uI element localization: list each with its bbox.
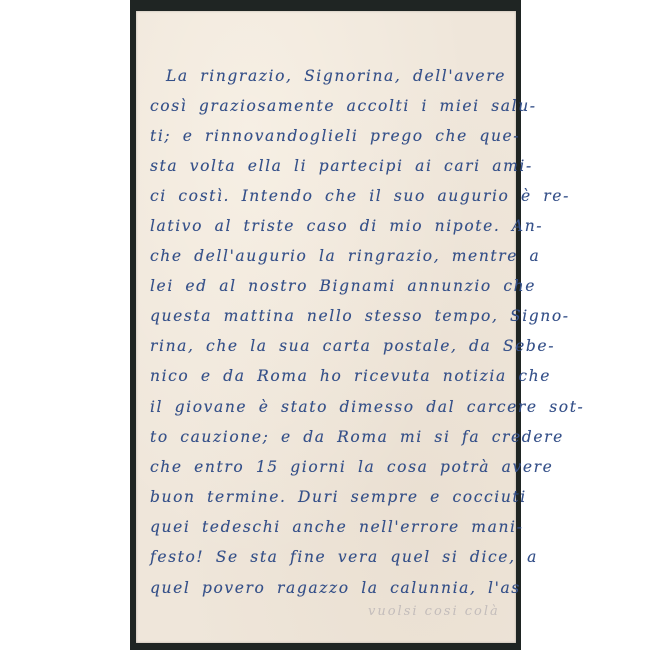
letter-line: lativo al triste caso di mio nipote. An-: [150, 216, 510, 236]
letter-line: che entro 15 giorni la cosa potrà avere: [150, 457, 510, 477]
letter-line: buon termine. Duri sempre e cocciuti: [150, 487, 510, 507]
letter-line: festo! Se sta fine vera quel si dice, a: [150, 547, 510, 567]
letter-line: quel povero ragazzo la calunnia, l'as: [150, 578, 510, 598]
letter-line: quei tedeschi anche nell'errore mani-: [150, 517, 510, 537]
show-through-text: vuolsi cosi colà: [368, 604, 500, 619]
letter-line: ti; e rinnovandoglieli prego che que-: [150, 126, 510, 146]
letter-line: lei ed al nostro Bignami annunzio che: [150, 276, 510, 296]
letter-card: La ringrazio, Signorina, dell'avere così…: [136, 11, 516, 643]
letter-line: questa mattina nello stesso tempo, Signo…: [150, 306, 510, 326]
letter-line: to cauzione; e da Roma mi si fa credere: [150, 427, 510, 447]
letter-line: La ringrazio, Signorina, dell'avere: [166, 66, 526, 86]
letter-line: così graziosamente accolti i miei salu-: [150, 96, 510, 116]
letter-line: che dell'augurio la ringrazio, mentre a: [150, 246, 510, 266]
letter-line: rina, che la sua carta postale, da Sebe-: [150, 336, 510, 356]
letter-line: il giovane è stato dimesso dal carcere s…: [150, 397, 510, 417]
letter-line: ci costì. Intendo che il suo augurio è r…: [150, 186, 510, 206]
letter-line: nico e da Roma ho ricevuta notizia che: [150, 366, 510, 386]
letter-line: sta volta ella li partecipi ai cari ami-: [150, 156, 510, 176]
